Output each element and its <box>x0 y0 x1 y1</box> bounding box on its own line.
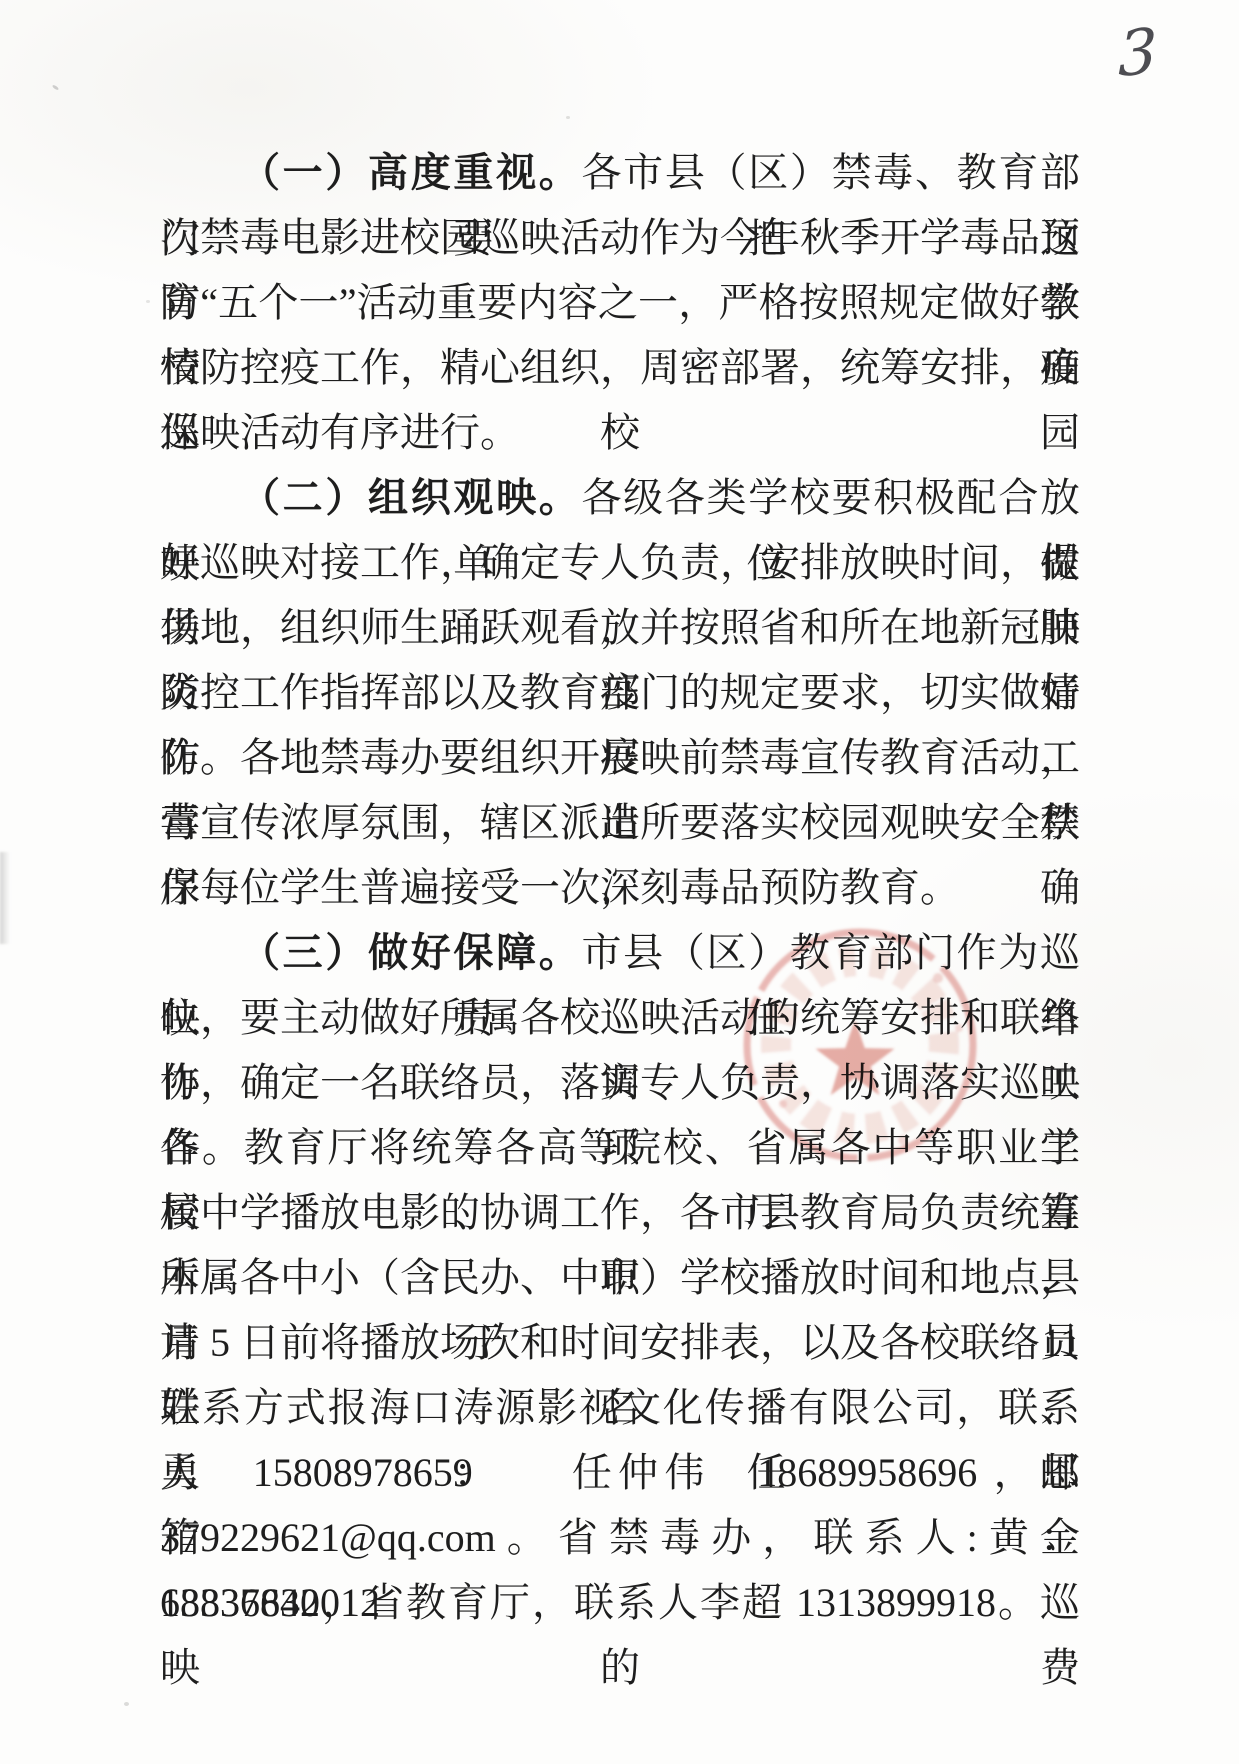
scan-edge-smudge <box>0 852 10 944</box>
text-line-p2-l2: 好巡映对接工作，确定专人负责，安排放映时间，提供放映 <box>160 530 1080 595</box>
handwritten-page-number: 3 <box>1118 20 1157 86</box>
bold-heading-run: （三）做好保障。 <box>240 931 581 975</box>
text-line-p1-l4: 情防控疫工作，精心组织，周密部署，统筹安排，确保校园 <box>160 335 1080 400</box>
text-line-p2-l5: 作。各地禁毒办要组织开展映前禁毒宣传教育活动，营造禁 <box>160 725 1080 790</box>
text-run: 68836842，省教育厅，联系人李超 1313899918。巡映的费 <box>160 1580 1080 1690</box>
text-line-p3-l2: 位，要主动做好所属各校巡映活动的统筹安排和联络协调工 <box>160 985 1080 1050</box>
scan-speck <box>566 116 570 119</box>
text-run: 保每位学生普遍接受一次深刻毒品预防教育。 <box>160 865 960 910</box>
text-line-p3-l9: 勇 15808978659 任仲伟 18689958696 ，邮箱： <box>160 1440 1080 1505</box>
bold-heading-run: （一）高度重视。 <box>240 151 581 195</box>
text-line-p3-l7: 月 5 日前将播放场次和时间安排表，以及各校联络员姓名、 <box>160 1310 1080 1375</box>
text-line-p1-l3: 育“五个一”活动重要内容之一，严格按照规定做好学校疫 <box>160 270 1080 335</box>
text-line-p2-l4: 防控工作指挥部以及教育部门的规定要求，切实做好防疫工 <box>160 660 1080 725</box>
text-line-p3-l4: 作。教育厅将统筹各高等院校、省属各中等职业学校、厅直 <box>160 1115 1080 1180</box>
text-line-p3-l11: 68836842，省教育厅，联系人李超 1313899918。巡映的费 <box>160 1570 1080 1635</box>
text-line-p2-l6: 毒宣传浓厚氛围，辖区派出所要落实校园观映安全秩序，确 <box>160 790 1080 855</box>
text-line-p3-l8: 联系方式报海口涛源影视文化传播有限公司，联系人：任恩 <box>160 1375 1080 1440</box>
bold-heading-run: （二）组织观映。 <box>240 476 581 520</box>
text-line-p3-l1: （三）做好保障。市县（区）教育部门作为巡映责任单 <box>160 920 1080 985</box>
text-line-p2-l1: （二）组织观映。各级各类学校要积极配合放映单位做 <box>160 465 1080 530</box>
text-line-p2-l3: 场地，组织师生踊跃观看，并按照省和所在地新冠肺炎疫情 <box>160 595 1080 660</box>
scanned-document-page: 3 （一）高度重视。各市县（区）禁毒、教育部门要把这次禁毒电影进校园巡映活动作为… <box>0 0 1239 1764</box>
text-line-p3-l3: 作，确定一名联络员，落实专人负责，协调落实巡映各项工 <box>160 1050 1080 1115</box>
text-line-p1-l1: （一）高度重视。各市县（区）禁毒、教育部门要把这 <box>160 140 1080 205</box>
text-line-p1-l2: 次禁毒电影进校园巡映活动作为今年秋季开学毒品预防教 <box>160 205 1080 270</box>
scan-speck <box>146 300 150 303</box>
text-line-p3-l6: 所属各中小（含民办、中职）学校播放时间和地点，请于 11 <box>160 1245 1080 1310</box>
text-run: 巡映活动有序进行。 <box>160 410 520 455</box>
text-line-p3-l10: 379229621@qq.com。省禁毒办，联系人:黄金 13337630012 <box>160 1505 1080 1570</box>
text-line-p3-l5: 属中学播放电影的协调工作，各市县教育局负责统筹本市县 <box>160 1180 1080 1245</box>
scan-speck <box>124 1702 129 1706</box>
document-body: （一）高度重视。各市县（区）禁毒、教育部门要把这次禁毒电影进校园巡映活动作为今年… <box>160 140 1080 1635</box>
scan-speck <box>52 84 59 90</box>
text-line-p2-l7: 保每位学生普遍接受一次深刻毒品预防教育。 <box>160 855 1080 920</box>
